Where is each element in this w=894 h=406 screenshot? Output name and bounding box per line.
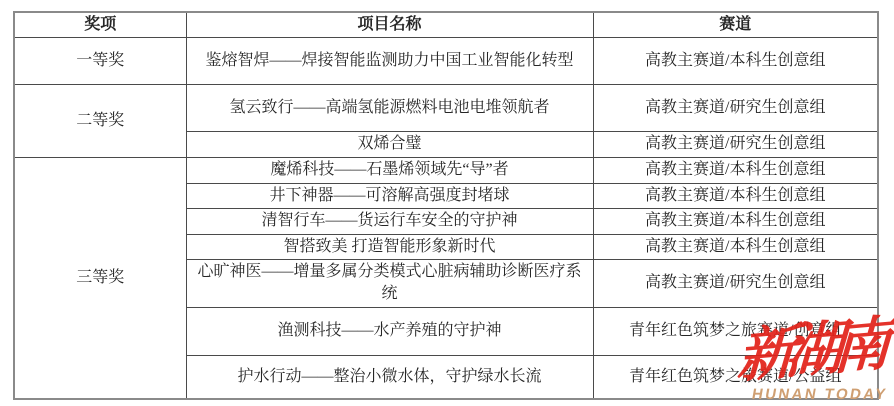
project-cell: 魔烯科技——石墨烯领域先“导”者 bbox=[186, 157, 593, 183]
track-cell: 高教主赛道/研究生创意组 bbox=[593, 259, 878, 307]
track-cell: 高教主赛道/本科生创意组 bbox=[593, 183, 878, 208]
project-cell: 心旷神医——增量多属分类模式心脏病辅助诊断医疗系统 bbox=[186, 259, 593, 307]
page: 奖项 项目名称 赛道 一等奖 鉴熔智焊——焊接智能监测助力中国工业智能化转型 高… bbox=[0, 0, 894, 406]
track-cell: 高教主赛道/研究生创意组 bbox=[593, 85, 878, 132]
project-cell: 护水行动——整治小微水体，守护绿水长流 bbox=[186, 355, 593, 399]
track-cell: 高教主赛道/本科生创意组 bbox=[593, 209, 878, 234]
hunan-today-wordmark: HUNAN TODAY bbox=[751, 386, 890, 403]
track-cell: 高教主赛道/本科生创意组 bbox=[593, 157, 878, 183]
table-row: 三等奖 魔烯科技——石墨烯领域先“导”者 高教主赛道/本科生创意组 bbox=[14, 157, 878, 183]
project-cell: 井下神器——可溶解高强度封堵球 bbox=[186, 183, 593, 208]
col-header-project: 项目名称 bbox=[186, 12, 593, 38]
table-row: 二等奖 氢云致行——高端氢能源燃料电池电堆领航者 高教主赛道/研究生创意组 bbox=[14, 85, 878, 132]
track-cell: 青年红色筑梦之旅赛道/创意组 bbox=[593, 307, 878, 355]
award-cell-first: 一等奖 bbox=[14, 38, 186, 85]
project-cell: 鉴熔智焊——焊接智能监测助力中国工业智能化转型 bbox=[186, 38, 593, 85]
col-header-award: 奖项 bbox=[14, 12, 186, 38]
project-cell: 氢云致行——高端氢能源燃料电池电堆领航者 bbox=[186, 85, 593, 132]
project-cell: 双烯合璧 bbox=[186, 132, 593, 157]
track-cell: 高教主赛道/本科生创意组 bbox=[593, 234, 878, 259]
project-cell: 智搭致美 打造智能形象新时代 bbox=[186, 234, 593, 259]
award-cell-third: 三等奖 bbox=[14, 157, 186, 399]
track-cell: 高教主赛道/本科生创意组 bbox=[593, 38, 878, 85]
track-cell: 高教主赛道/研究生创意组 bbox=[593, 132, 878, 157]
award-cell-second: 二等奖 bbox=[14, 85, 186, 157]
col-header-track: 赛道 bbox=[593, 12, 878, 38]
awards-table: 奖项 项目名称 赛道 一等奖 鉴熔智焊——焊接智能监测助力中国工业智能化转型 高… bbox=[13, 11, 879, 400]
table-row: 一等奖 鉴熔智焊——焊接智能监测助力中国工业智能化转型 高教主赛道/本科生创意组 bbox=[14, 38, 878, 85]
project-cell: 渔测科技——水产养殖的守护神 bbox=[186, 307, 593, 355]
table-header-row: 奖项 项目名称 赛道 bbox=[14, 12, 878, 38]
project-cell: 清智行车——货运行车安全的守护神 bbox=[186, 209, 593, 234]
